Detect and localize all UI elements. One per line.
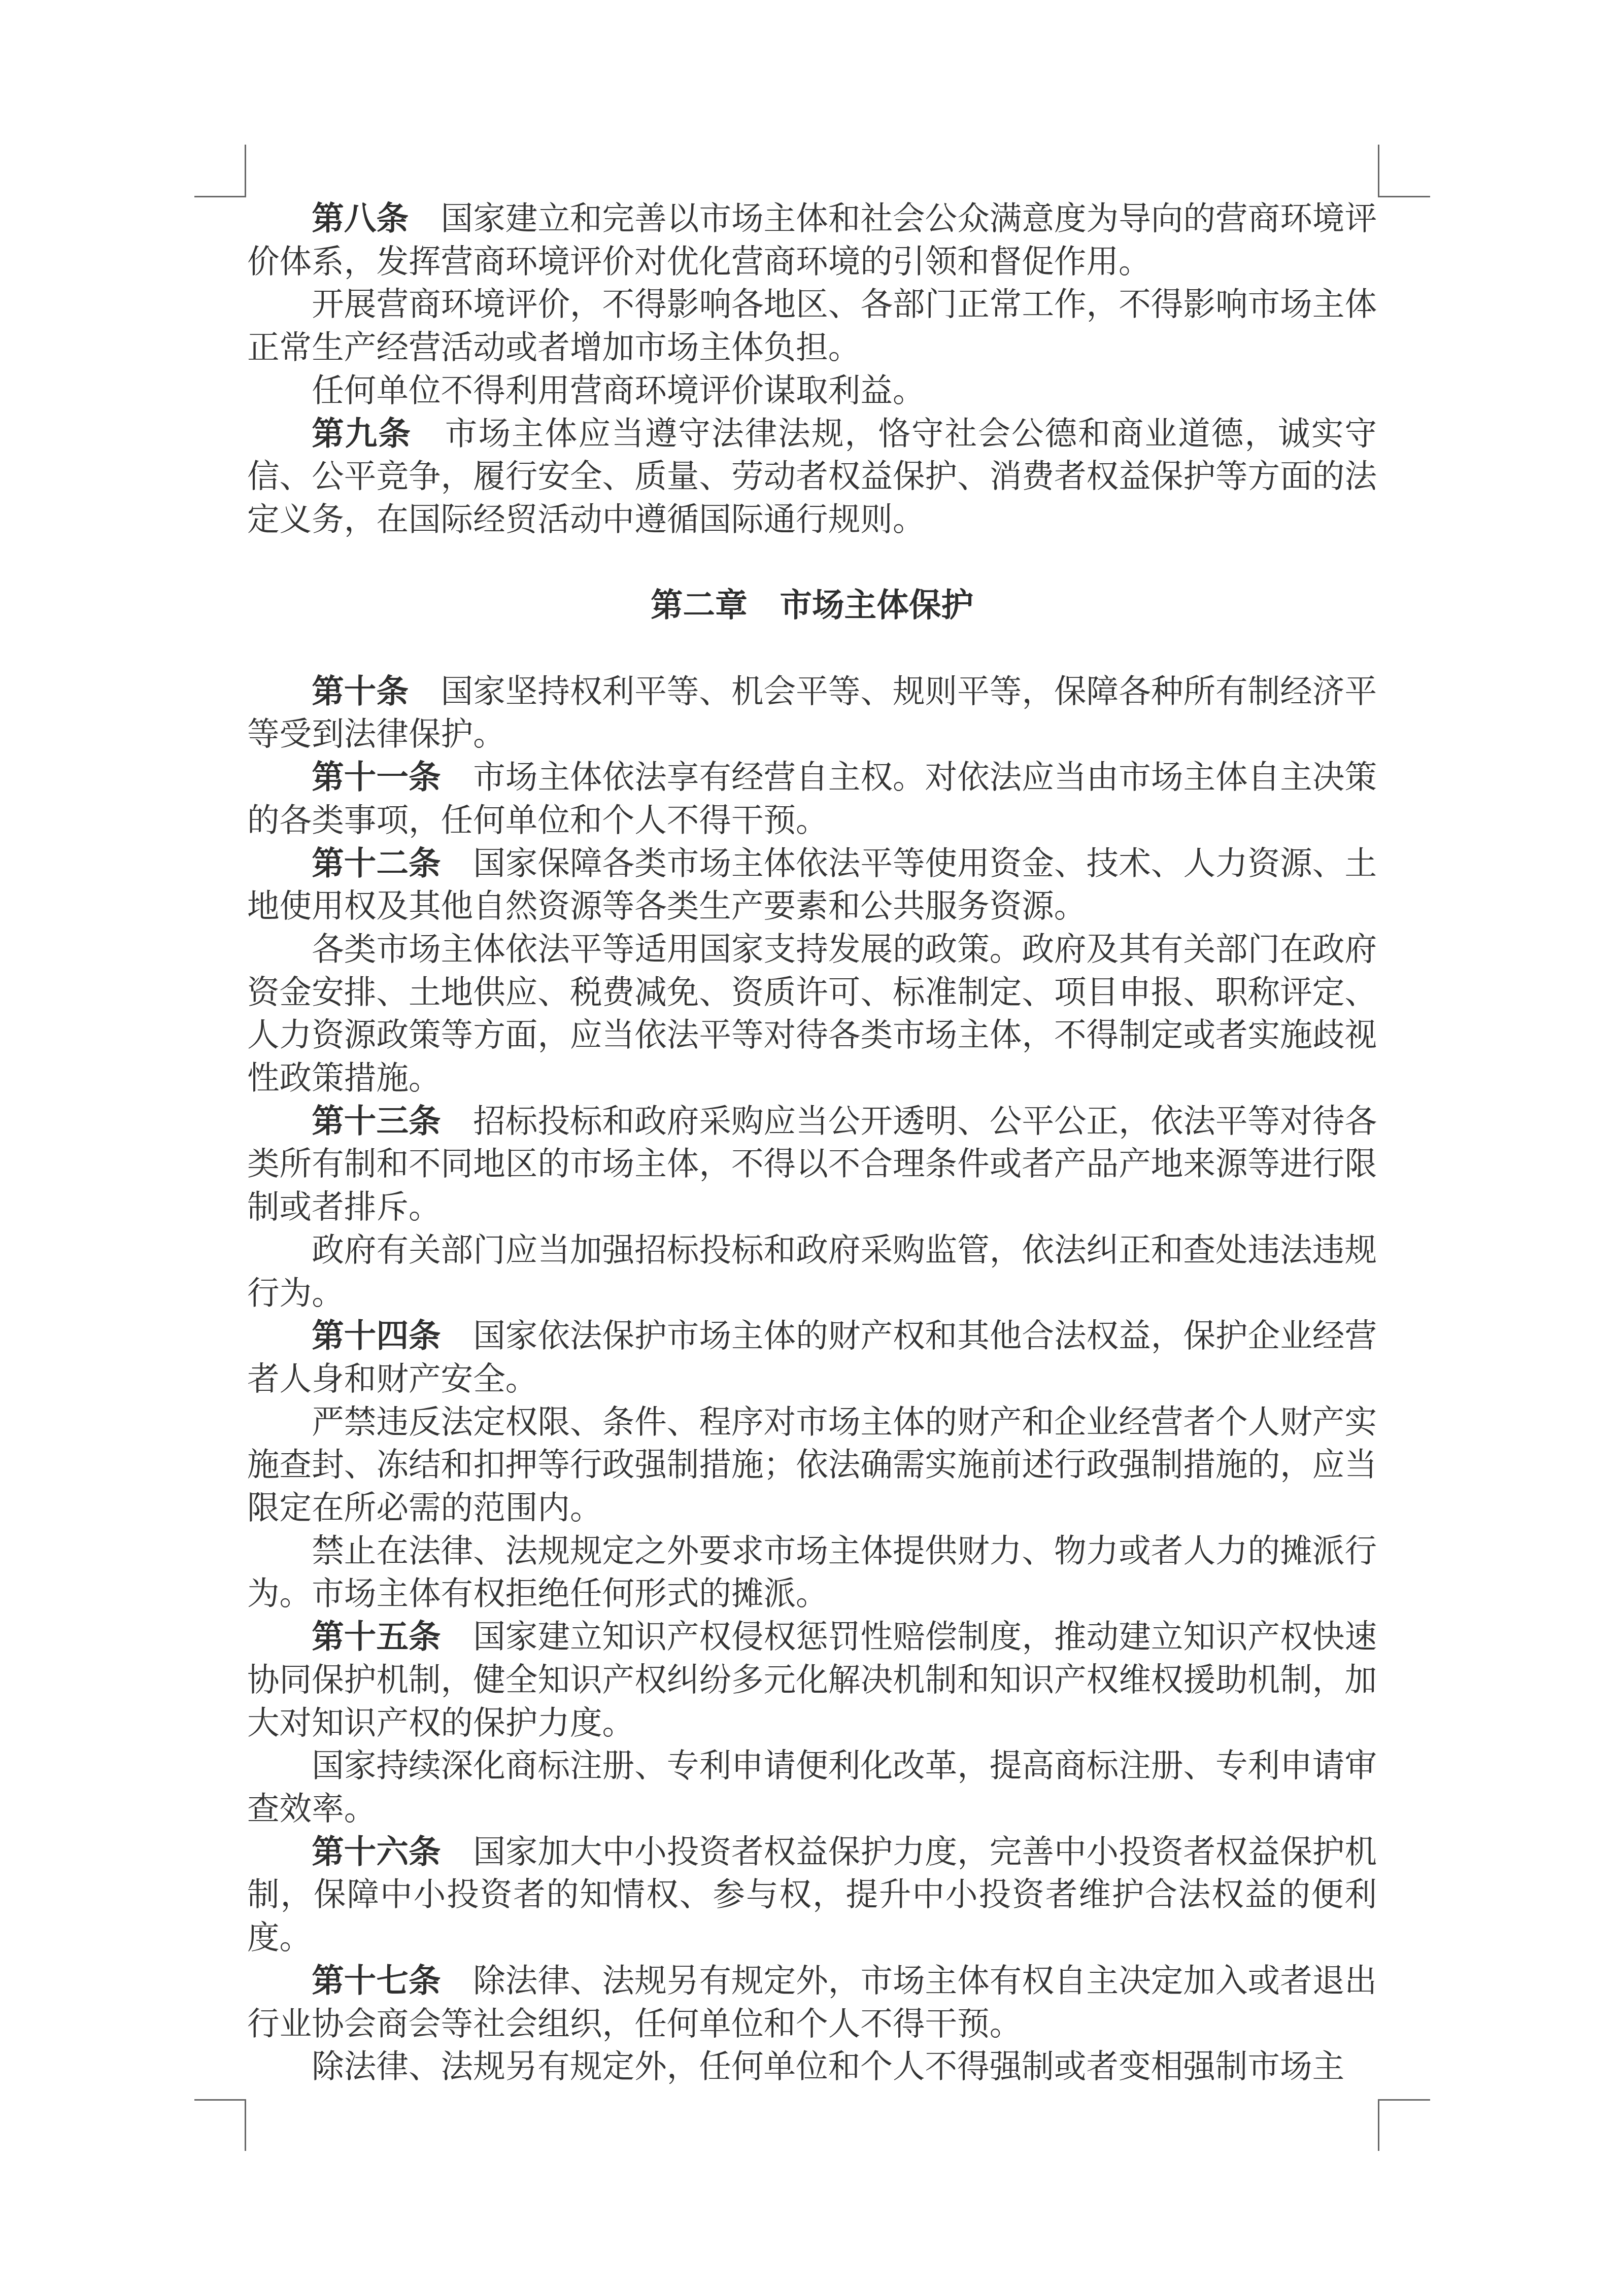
article-17: 第十七条除法律、法规另有规定外，市场主体有权自主决定加入或者退出行业协会商会等社…	[247, 1959, 1377, 2045]
crop-mark-top-left-vertical	[245, 145, 246, 197]
paragraph: 禁止在法律、法规规定之外要求市场主体提供财力、物力或者人力的摊派行为。市场主体有…	[247, 1529, 1377, 1615]
article-14: 第十四条国家依法保护市场主体的财产权和其他合法权益，保护企业经营者人身和财产安全…	[247, 1314, 1377, 1400]
document-page: 第八条国家建立和完善以市场主体和社会公众满意度为导向的营商环境评价体系，发挥营商…	[0, 0, 1624, 2296]
article-label: 第十条	[312, 672, 409, 710]
article-label: 第十一条	[312, 758, 441, 796]
article-label: 第十五条	[312, 1618, 441, 1655]
article-label: 第十四条	[312, 1317, 441, 1354]
crop-mark-bottom-left-horizontal	[194, 2099, 246, 2101]
paragraph: 政府有关部门应当加强招标投标和政府采购监管，依法纠正和查处违法违规行为。	[247, 1228, 1377, 1314]
crop-mark-bottom-right-horizontal	[1378, 2099, 1430, 2101]
article-label: 第八条	[312, 199, 409, 237]
paragraph: 严禁违反法定权限、条件、程序对市场主体的财产和企业经营者个人财产实施查封、冻结和…	[247, 1400, 1377, 1529]
crop-mark-bottom-right-vertical	[1378, 2099, 1379, 2151]
article-8: 第八条国家建立和完善以市场主体和社会公众满意度为导向的营商环境评价体系，发挥营商…	[247, 197, 1377, 283]
paragraph: 国家持续深化商标注册、专利申请便利化改革，提高商标注册、专利申请审查效率。	[247, 1744, 1377, 1830]
article-label: 第十三条	[312, 1102, 441, 1140]
crop-mark-top-right-vertical	[1378, 145, 1379, 197]
article-label: 第十六条	[312, 1833, 441, 1870]
chapter-title: 市场主体保护	[780, 586, 973, 624]
article-label: 第十二条	[312, 844, 441, 882]
article-16: 第十六条国家加大中小投资者权益保护力度，完善中小投资者权益保护机制，保障中小投资…	[247, 1830, 1377, 1959]
crop-mark-top-right-horizontal	[1378, 196, 1430, 197]
paragraph: 开展营商环境评价，不得影响各地区、各部门正常工作，不得影响市场主体正常生产经营活…	[247, 283, 1377, 368]
article-15: 第十五条国家建立知识产权侵权惩罚性赔偿制度，推动建立知识产权快速协同保护机制，健…	[247, 1615, 1377, 1744]
article-12: 第十二条国家保障各类市场主体依法平等使用资金、技术、人力资源、土地使用权及其他自…	[247, 842, 1377, 928]
article-label: 第十七条	[312, 1962, 441, 1999]
crop-mark-top-left-horizontal	[194, 196, 246, 197]
article-13: 第十三条招标投标和政府采购应当公开透明、公平公正，依法平等对待各类所有制和不同地…	[247, 1100, 1377, 1228]
document-body: 第八条国家建立和完善以市场主体和社会公众满意度为导向的营商环境评价体系，发挥营商…	[247, 197, 1377, 2088]
paragraph: 任何单位不得利用营商环境评价谋取利益。	[247, 369, 1377, 412]
article-9: 第九条市场主体应当遵守法律法规，恪守社会公德和商业道德，诚实守信、公平竞争，履行…	[247, 412, 1377, 541]
paragraph: 除法律、法规另有规定外，任何单位和个人不得强制或者变相强制市场主	[247, 2045, 1377, 2088]
article-text: 市场主体应当遵守法律法规，恪守社会公德和商业道德，诚实守信、公平竞争，履行安全、…	[247, 415, 1377, 538]
article-11: 第十一条市场主体依法享有经营自主权。对依法应当由市场主体自主决策的各类事项，任何…	[247, 756, 1377, 841]
article-10: 第十条国家坚持权利平等、机会平等、规则平等，保障各种所有制经济平等受到法律保护。	[247, 670, 1377, 756]
chapter-heading: 第二章市场主体保护	[247, 584, 1377, 627]
article-label: 第九条	[312, 415, 412, 452]
crop-mark-bottom-left-vertical	[245, 2099, 246, 2151]
article-text: 国家坚持权利平等、机会平等、规则平等，保障各种所有制经济平等受到法律保护。	[247, 672, 1377, 753]
paragraph: 各类市场主体依法平等适用国家支持发展的政策。政府及其有关部门在政府资金安排、土地…	[247, 928, 1377, 1100]
chapter-number: 第二章	[651, 586, 748, 624]
article-text: 国家建立和完善以市场主体和社会公众满意度为导向的营商环境评价体系，发挥营商环境评…	[247, 199, 1377, 280]
